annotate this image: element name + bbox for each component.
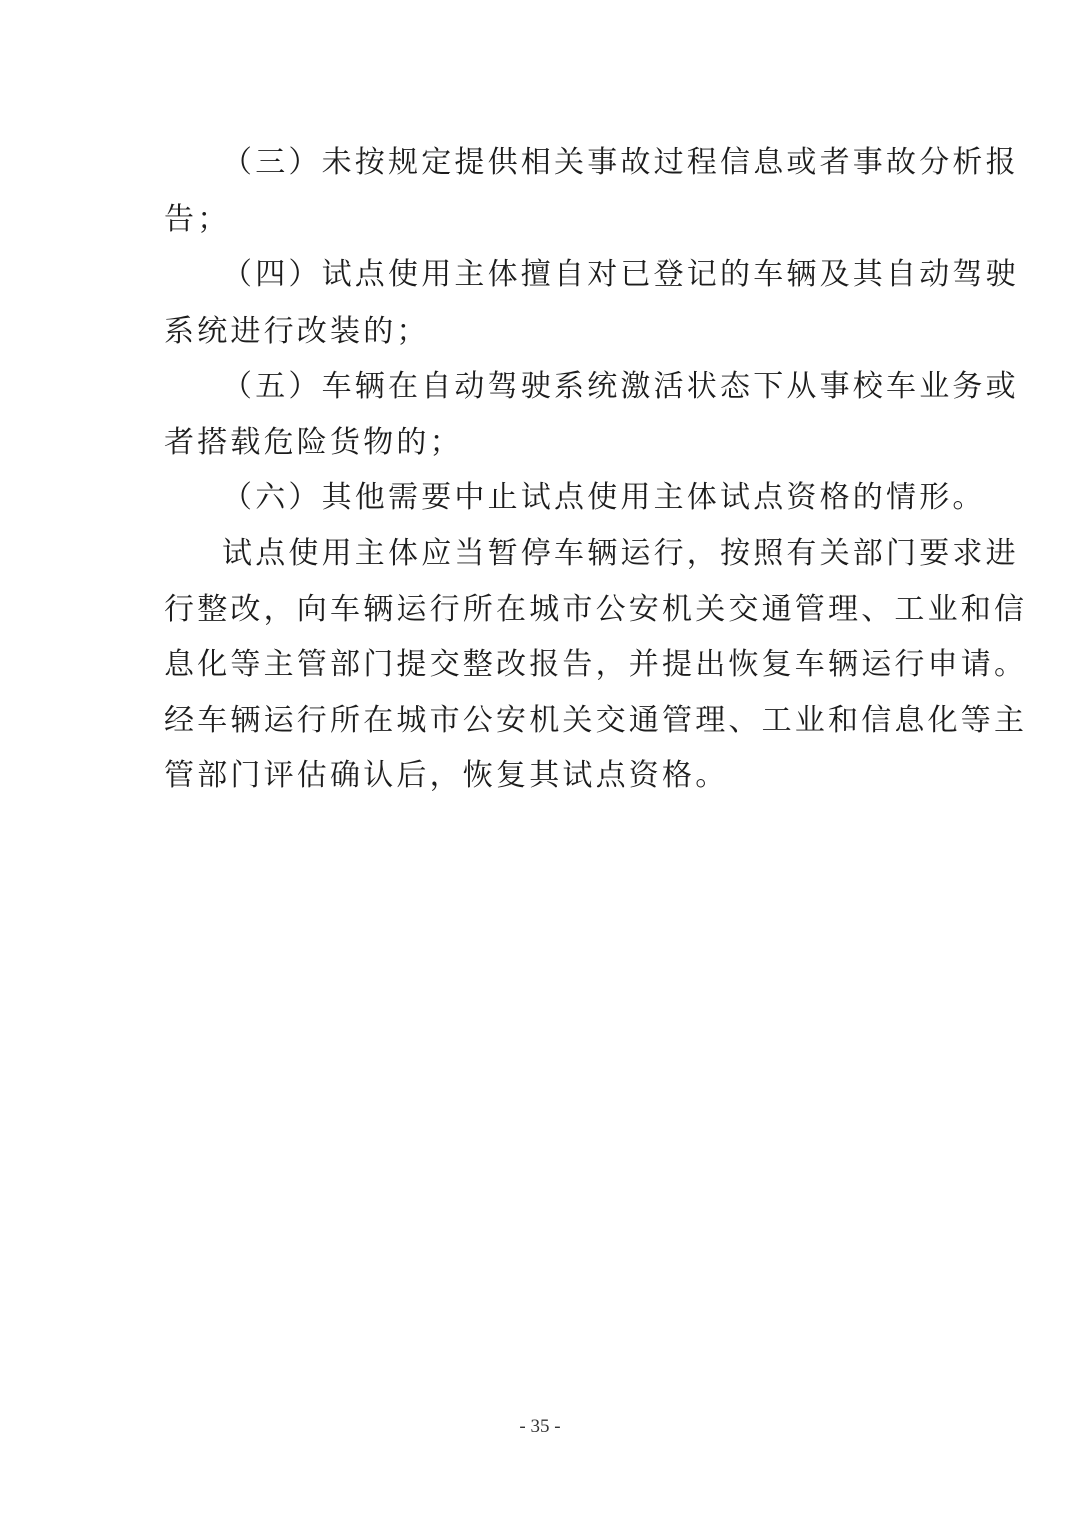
paragraph-line-4: 经车辆运行所在城市公安机关交通管理、工业和信息化等主 xyxy=(164,701,916,741)
paragraph-line-5: 管部门评估确认后，恢复其试点资格。 xyxy=(164,756,916,796)
paragraph-line-1: 试点使用主体应当暂停车辆运行，按照有关部门要求进 xyxy=(222,534,916,574)
clause-4-line-2: 系统进行改装的； xyxy=(164,312,916,352)
clause-5-line-1: （五）车辆在自动驾驶系统激活状态下从事校车业务或 xyxy=(222,367,916,407)
document-page: （三）未按规定提供相关事故过程信息或者事故分析报 告； （四）试点使用主体擅自对… xyxy=(0,0,1080,1526)
clause-3-line-2: 告； xyxy=(164,200,916,240)
paragraph-line-3: 息化等主管部门提交整改报告，并提出恢复车辆运行申请。 xyxy=(164,645,916,685)
clause-4-line-1: （四）试点使用主体擅自对已登记的车辆及其自动驾驶 xyxy=(222,255,916,295)
page-number: - 35 - xyxy=(0,1416,1080,1438)
paragraph-line-2: 行整改，向车辆运行所在城市公安机关交通管理、工业和信 xyxy=(164,590,916,630)
clause-5-line-2: 者搭载危险货物的； xyxy=(164,423,916,463)
clause-6-line-1: （六）其他需要中止试点使用主体试点资格的情形。 xyxy=(222,478,916,518)
clause-3-line-1: （三）未按规定提供相关事故过程信息或者事故分析报 xyxy=(222,143,916,183)
